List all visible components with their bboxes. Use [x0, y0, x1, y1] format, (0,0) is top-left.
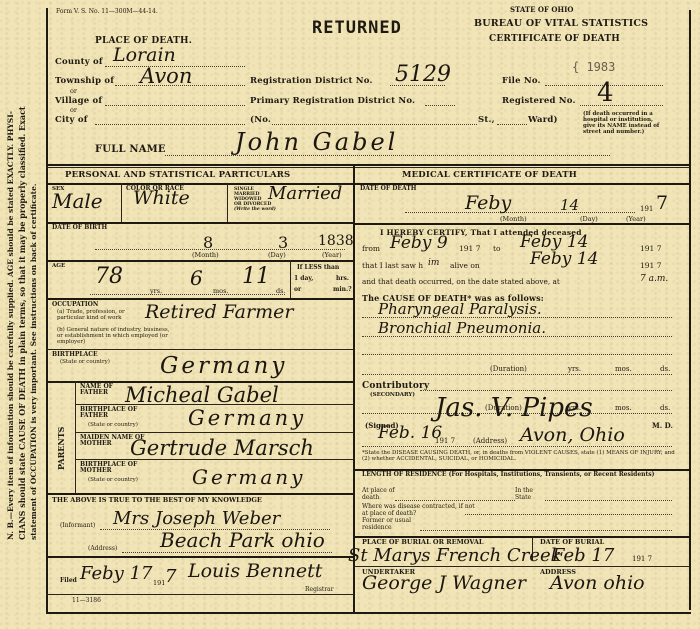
state-label: STATE OF OHIO [510, 7, 574, 13]
certificate-title: CERTIFICATE OF DEATH [489, 34, 620, 44]
less-than-label: If LESS than [297, 265, 339, 271]
township-value: Avon [140, 64, 192, 88]
birthplace-value: Germany [160, 353, 287, 379]
mother-birthplace-sub: (State or country) [88, 477, 138, 484]
burial-date-value: Feb 17 [552, 545, 614, 566]
primary-registration-label: Primary Registration District No. [250, 96, 415, 106]
filed-label: Filed [60, 577, 77, 584]
death-certificate: N. B.—Every item of information should b… [0, 0, 700, 629]
registrar-label: Registrar [305, 586, 334, 593]
dod-year-prefix: 191 [640, 206, 653, 213]
filed-date: Feby 17 [80, 563, 152, 584]
full-name-label: FULL NAME [95, 144, 166, 155]
hospital-note: (If death occurred in a hospital or inst… [583, 111, 661, 135]
contrib-ds: ds. [660, 405, 670, 412]
burial-year: 191 7 [632, 556, 652, 563]
one-day-label: 1 day, [294, 276, 313, 282]
registered-no-label: Registered No. [502, 96, 576, 106]
age-days: 11 [242, 264, 270, 289]
month-caption: (Month) [192, 252, 219, 259]
dob-day: 3 [278, 233, 288, 252]
side-instruction-line-1: N. B.—Every item of information should b… [6, 111, 16, 540]
mother-birthplace-label: BIRTHPLACE OF MOTHER [80, 462, 140, 474]
filed-year: 7 [165, 566, 176, 587]
or-label: or [294, 287, 301, 293]
registration-district-label: Registration District No. [250, 76, 373, 86]
birthplace-sub: (State or country) [60, 359, 110, 366]
sex-value: Male [52, 189, 103, 213]
bureau-title: BUREAU OF VITAL STATISTICS [474, 18, 648, 29]
returned-stamp: RETURNED [312, 18, 402, 38]
physician-address-label: (Address) [473, 438, 507, 445]
mother-birthplace-value: Germany [192, 465, 305, 489]
physician-signature: Jas. V. Pipes [435, 393, 593, 423]
print-code: 11—3186 [72, 597, 101, 604]
hrs-label: hrs. [336, 276, 349, 282]
file-stamp: { 1983 [572, 60, 615, 74]
mother-value: Gertrude Marsch [130, 436, 314, 460]
date-of-death-label: DATE OF DEATH [360, 186, 416, 192]
city-label: City of [55, 115, 88, 125]
dod-month-caption: (Month) [500, 216, 527, 223]
last-saw-fill: im [428, 258, 439, 268]
duration-mos: mos. [615, 366, 632, 373]
parents-label: PARENTS [56, 427, 66, 470]
left-border [46, 8, 48, 613]
last-saw-label: that I last saw h [362, 262, 423, 269]
last-seen-date: Feby 14 [530, 249, 598, 269]
occupation-a-note: (a) Trade, profession, or particular kin… [57, 309, 137, 321]
village-label: Village of [55, 96, 102, 106]
street-label: St., [478, 115, 495, 125]
date-of-death-day: 14 [560, 196, 579, 214]
informant-label: (Informant) [60, 522, 95, 529]
county-value: Lorain [113, 44, 176, 66]
from-label: from [362, 245, 380, 252]
in-state-label: In the State [515, 488, 545, 501]
last-seen-year: 191 7 [640, 262, 661, 269]
to-label: to [493, 245, 501, 252]
signed-year: 191 7 [435, 438, 455, 445]
dod-day-caption: (Day) [580, 216, 598, 223]
date-of-death-month: Feby [465, 192, 511, 214]
filed-year-prefix: 191 [153, 580, 165, 587]
informant-value: Mrs Joseph Weber [113, 508, 280, 529]
father-birthplace-label: BIRTHPLACE OF FATHER [80, 407, 140, 419]
age-years: 78 [95, 264, 123, 289]
side-instruction-line-3: statement of OCCUPATION is very importan… [29, 184, 39, 541]
attended-from-date: Feby 9 [390, 233, 448, 253]
full-name-value: John Gabel [235, 128, 398, 156]
address-label: (Address) [88, 545, 117, 552]
medical-heading: MEDICAL CERTIFICATE OF DEATH [402, 170, 577, 180]
bottom-border [46, 612, 691, 614]
alive-on-label: alive on [450, 262, 480, 269]
father-birthplace-value: Germany [188, 406, 306, 430]
min-label: min.? [333, 287, 352, 293]
dob-label: DATE OF BIRTH [52, 225, 107, 231]
day-caption: (Day) [268, 252, 286, 259]
death-occurred-label: and that death occurred, on the date sta… [362, 278, 560, 285]
cause-primary: Pharyngeal Paralysis. [378, 300, 542, 318]
residence-label: LENGTH OF RESIDENCE (For Hospitals, Inst… [362, 472, 682, 478]
year-caption: (Year) [322, 252, 342, 259]
county-label: County of [55, 57, 103, 67]
or-text: or [70, 88, 77, 95]
occupation-value: Retired Farmer [145, 301, 293, 323]
age-label: AGE [52, 263, 65, 269]
true-statement: THE ABOVE IS TRUE TO THE BEST OF MY KNOW… [52, 497, 262, 503]
registration-district-value: 5129 [395, 62, 451, 87]
township-label: Township of [55, 76, 114, 86]
attended-to-year: 191 7 [640, 245, 661, 252]
registrar-signature: Louis Bennett [188, 560, 322, 582]
signed-date: Feb. 16 [378, 423, 442, 443]
right-border [689, 10, 691, 610]
father-birthplace-sub: (State or country) [88, 422, 138, 429]
md-label: M. D. [652, 422, 673, 429]
duration-yrs: yrs. [568, 366, 581, 373]
form-number: Form V. S. No. 11—300M—44-14. [56, 8, 158, 15]
burial-place-value: St Marys French Creek [348, 545, 562, 566]
ward-label: Ward) [528, 115, 558, 125]
file-no-label: File No. [502, 76, 541, 86]
street-number-label: (No. [250, 115, 271, 125]
duration-label: (Duration) [490, 366, 527, 373]
occupation-b-note: (b) General nature of industry, business… [57, 327, 177, 345]
date-of-death-year: 7 [656, 192, 668, 214]
secondary-label: (SECONDARY) [370, 392, 415, 398]
undertaker-address-value: Avon ohio [550, 572, 645, 594]
cause-secondary: Bronchial Pneumonia. [378, 319, 546, 337]
informant-address-value: Beach Park ohio [160, 528, 325, 552]
color-value: White [133, 187, 190, 209]
duration-ds: ds. [660, 366, 670, 373]
birthplace-label: BIRTHPLACE [52, 352, 98, 358]
death-time: 7 a.m. [640, 274, 668, 284]
registered-no-value: 4 [597, 78, 614, 108]
occupation-label: OCCUPATION [52, 302, 98, 308]
age-months: 6 [190, 266, 203, 290]
undertaker-value: George J Wagner [362, 572, 526, 594]
disease-contracted-label: Where was disease contracted, if not at … [362, 504, 482, 517]
personal-heading: PERSONAL AND STATISTICAL PARTICULARS [65, 170, 290, 180]
marital-value: Married [268, 183, 342, 204]
attended-from-year: 191 7 [459, 245, 480, 252]
side-instruction-line-2: CIANS should state CAUSE OF DEATH in pla… [17, 106, 27, 540]
contrib-mos: mos. [615, 405, 632, 412]
dob-month: 8 [203, 233, 213, 252]
physician-address: Avon, Ohio [520, 424, 625, 446]
dod-year-caption: (Year) [626, 216, 646, 223]
dob-year: 1838 [318, 233, 354, 249]
cause-footnote: *State the DISEASE CAUSING DEATH, or, in… [362, 450, 677, 462]
or-text: or [70, 107, 77, 114]
